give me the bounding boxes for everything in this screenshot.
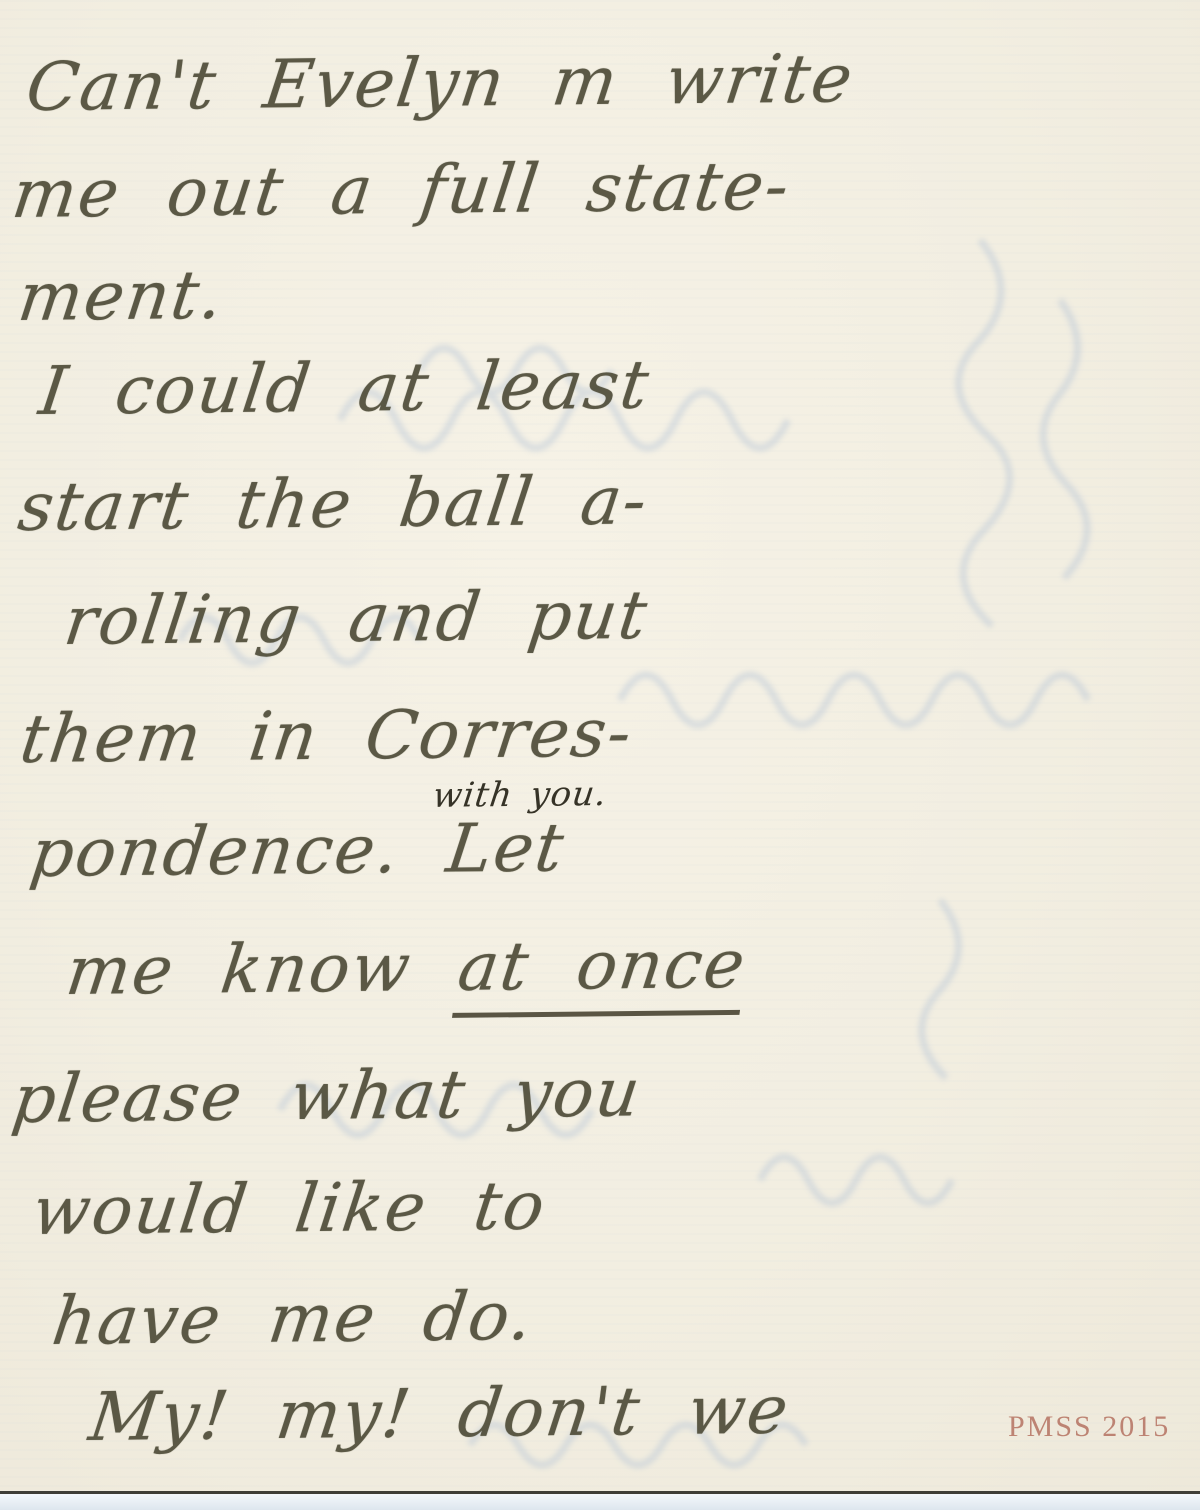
handwriting-segment: start the ball a- xyxy=(14,461,653,546)
handwriting-line: Can't Evelyn m write xyxy=(22,39,859,126)
handwriting-segment: Can't Evelyn m write xyxy=(22,39,859,126)
handwriting-segment: them in Corres- xyxy=(16,694,638,778)
handwriting-segment: would like to xyxy=(28,1167,551,1250)
handwriting-segment: have me do. xyxy=(48,1277,539,1360)
handwriting-segment: pondence. xyxy=(26,810,405,892)
handwriting-line: rolling and put xyxy=(60,576,653,660)
handwriting-line: would like to xyxy=(28,1167,551,1250)
handwriting-line: me know at once xyxy=(62,925,751,1010)
handwriting-line: pondence. Letwith you. xyxy=(26,808,570,892)
handwriting-segment: Letwith you. xyxy=(395,808,570,888)
handwriting-line: I could at least xyxy=(35,346,655,430)
handwriting-segment: please what you xyxy=(8,1053,646,1138)
handwriting-segment: My! my! don't we xyxy=(85,1371,794,1456)
handwriting-line: me out a full state- xyxy=(8,147,795,233)
inserted-text-above-line: with you. xyxy=(430,774,609,816)
handwriting-segment: me know xyxy=(62,928,464,1010)
handwriting-line: ment. xyxy=(14,256,229,336)
handwriting-segment: rolling and put xyxy=(60,576,653,660)
handwriting-line: them in Corres- xyxy=(16,694,638,778)
scanned-letter-page: Can't Evelyn m writeme out a full state-… xyxy=(0,0,1200,1510)
scan-background-edge xyxy=(0,1494,1200,1510)
handwriting-segment: at once xyxy=(452,925,751,1018)
handwriting-line: My! my! don't we xyxy=(85,1371,794,1456)
handwriting-segment: me out a full state- xyxy=(8,147,795,233)
handwriting-line: please what you xyxy=(8,1053,646,1138)
handwriting-segment: I could at least xyxy=(35,346,655,430)
watermark: PMSS 2015 xyxy=(1008,1410,1170,1444)
handwriting-segment: ment. xyxy=(14,256,229,336)
handwriting-line: have me do. xyxy=(48,1277,539,1360)
handwriting-line: start the ball a- xyxy=(14,461,653,546)
